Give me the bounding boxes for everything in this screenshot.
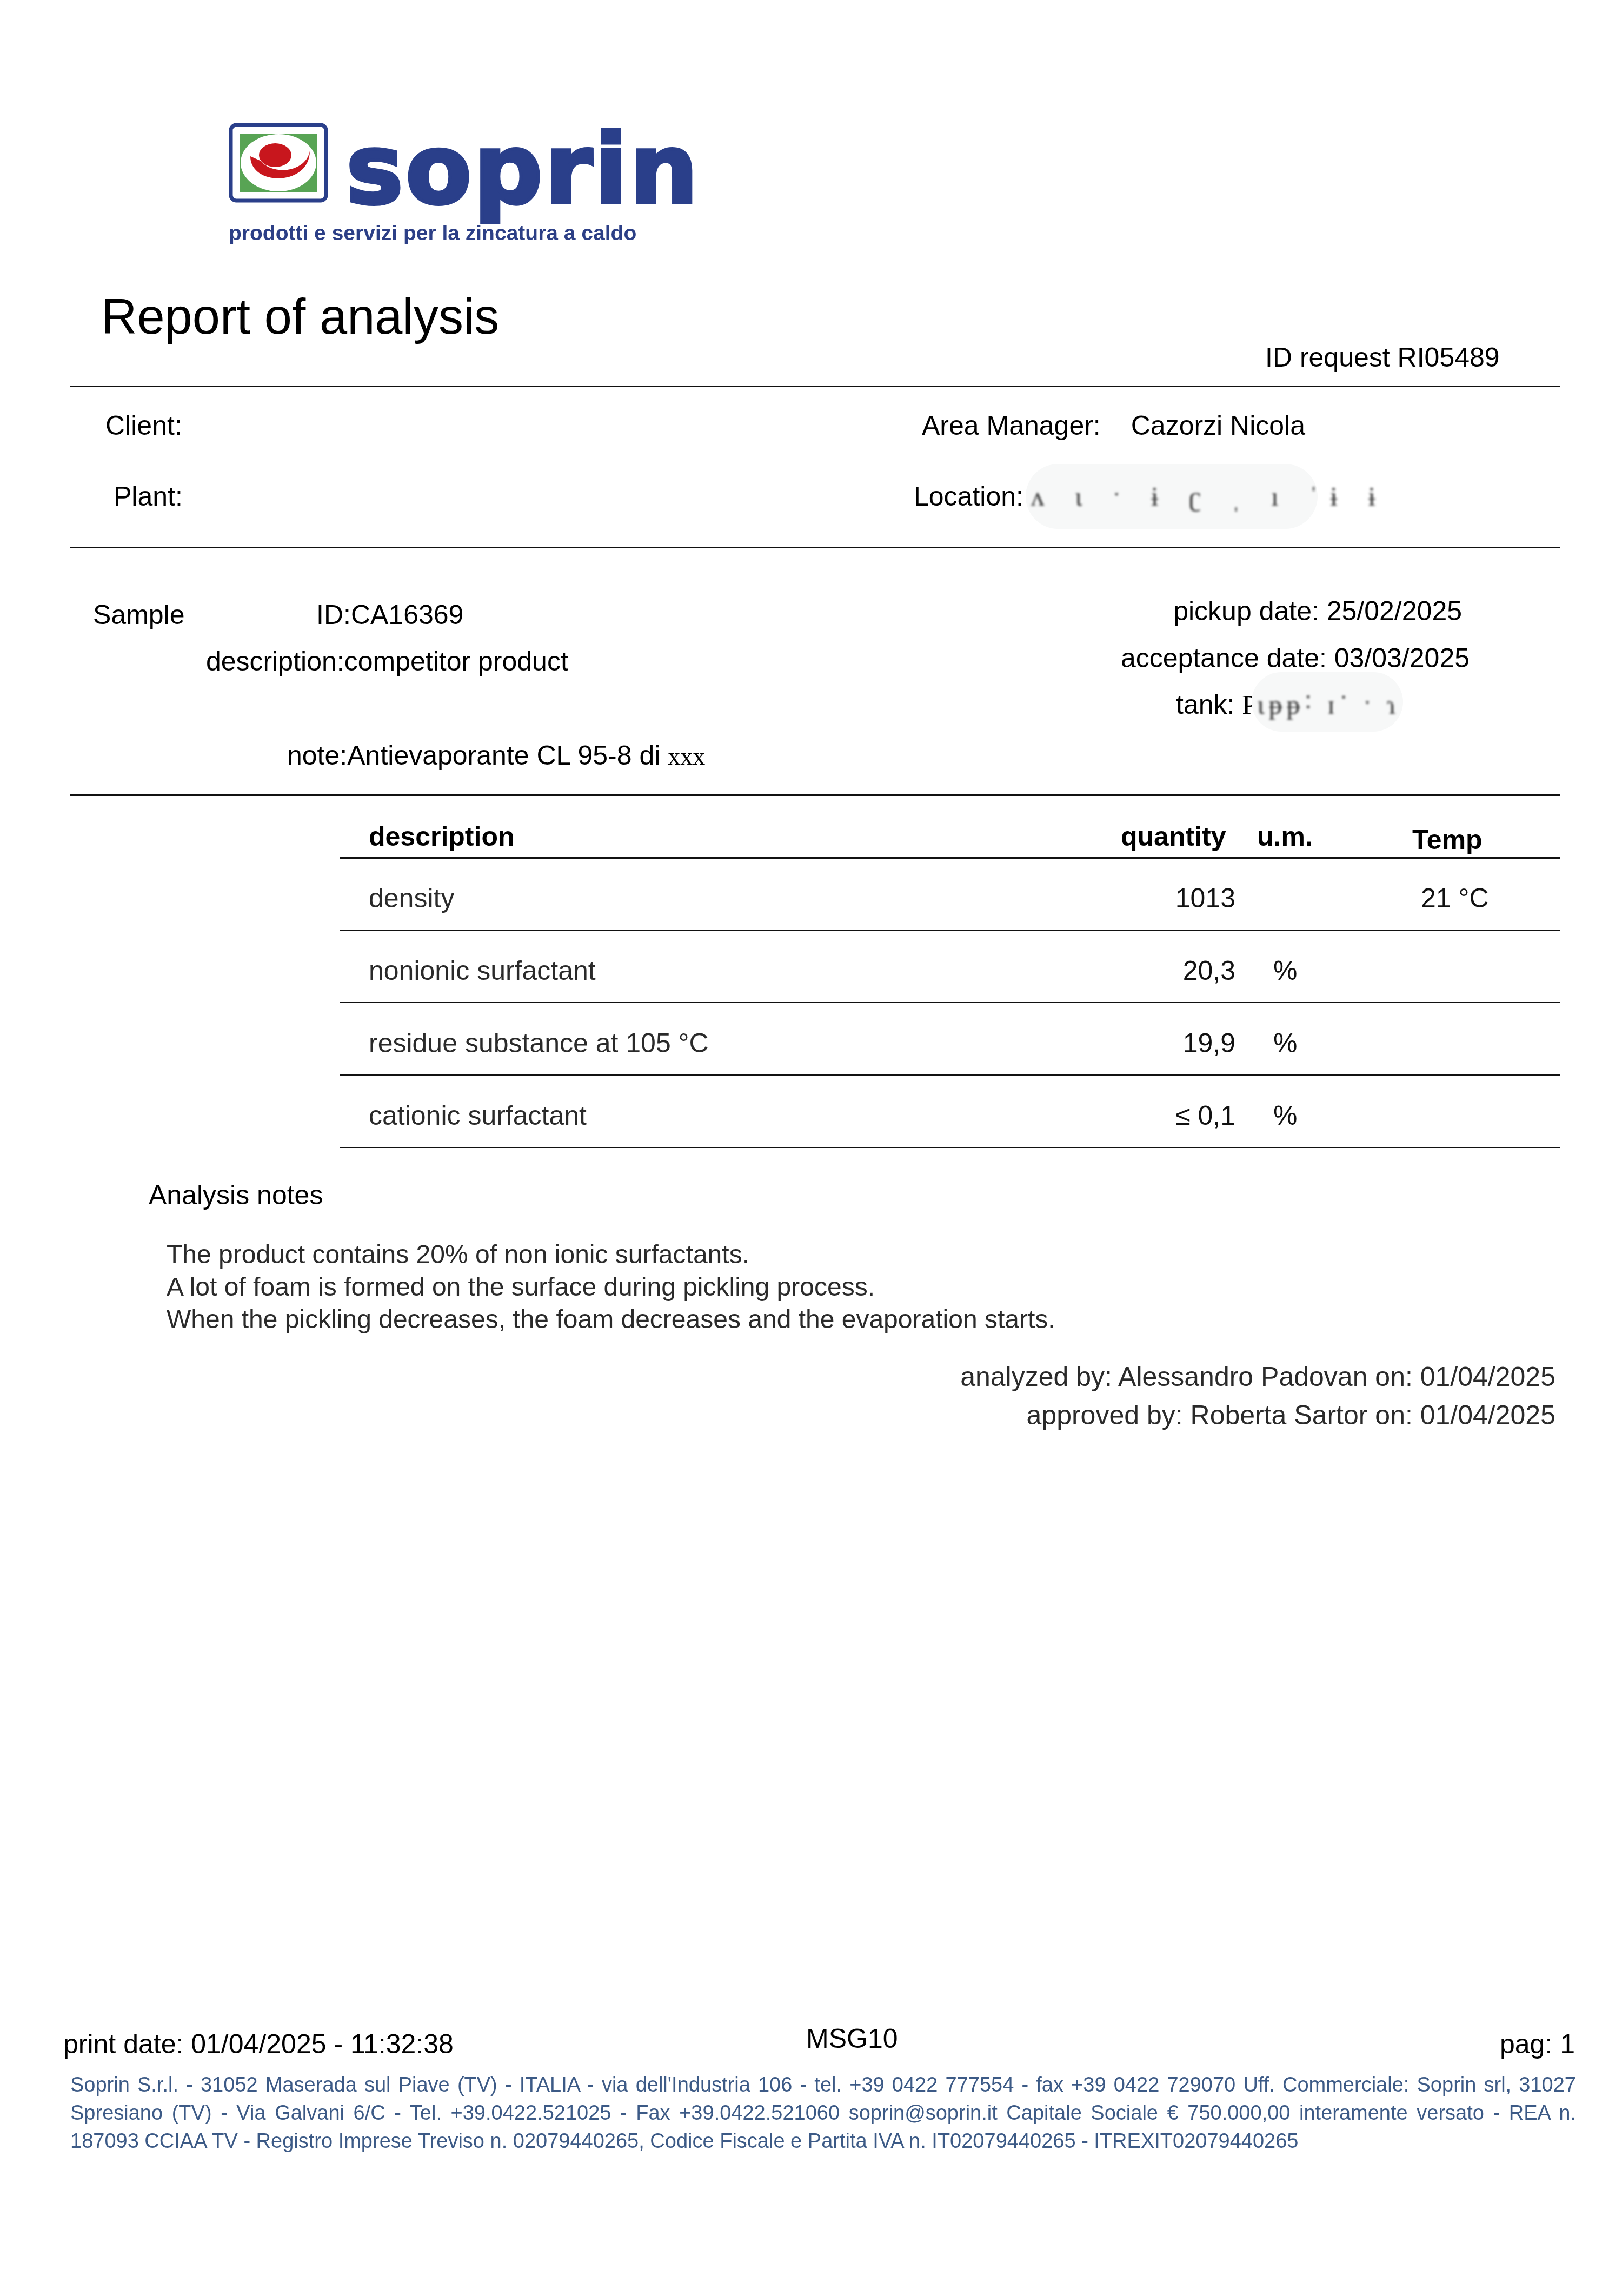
page-title: Report of analysis: [101, 292, 499, 342]
sample-note-suffix: xxx: [668, 742, 705, 770]
sample-description-label: description:: [206, 646, 344, 676]
divider: [70, 386, 1560, 387]
soprin-logo-wordmark: soprin: [346, 122, 700, 218]
area-manager-value: Cazorzi Nicola: [1131, 410, 1305, 441]
column-header-quantity: quantity: [1121, 821, 1226, 852]
sample-description: description:competitor product: [206, 648, 568, 675]
location-label: Location:: [914, 481, 1023, 512]
id-request: ID request RI05489: [1265, 342, 1500, 373]
sample-note: note:Antievaporante CL 95-8 di xxx: [287, 742, 705, 769]
area-manager-label: Area Manager:: [922, 410, 1101, 441]
analysis-note-line: A lot of foam is formed on the surface d…: [167, 1272, 875, 1302]
location: Location: ʌ ɩ ˑ ɨ ʗ ˌ ı ˈɨ ɨ: [914, 483, 1387, 510]
sample-note-label: note:: [287, 740, 347, 771]
cell-description: residue substance at 105 °C: [369, 1027, 709, 1059]
tank: tank: P ɩᵽᵽ˸ ɪ˙ ˑ ɿ: [1176, 691, 1400, 718]
tank-value-redacted: ɩᵽᵽ˸ ɪ˙ ˑ ɿ: [1257, 691, 1400, 718]
logo-emblem-icon: [229, 123, 328, 203]
analysis-note-line: When the pickling decreases, the foam de…: [167, 1305, 1055, 1335]
pickup-date: pickup date: 25/02/2025: [1173, 598, 1462, 625]
logo-tagline: prodotti e servizi per la zincatura a ca…: [229, 222, 636, 245]
cell-description: cationic surfactant: [369, 1100, 587, 1131]
form-code: MSG10: [806, 2025, 898, 2052]
cell-um: %: [1273, 1027, 1297, 1059]
soprin-logo-mark: [229, 123, 328, 203]
column-header-description: description: [369, 821, 514, 852]
divider: [70, 547, 1560, 548]
cell-temp: 21 °C: [1421, 882, 1489, 914]
id-request-label: ID request: [1265, 342, 1390, 373]
cell-quantity: ≤ 0,1: [1175, 1100, 1235, 1131]
sample-note-value: Antievaporante CL 95-8 di: [347, 740, 660, 771]
sample-label: Sample: [93, 601, 185, 628]
cell-um: %: [1273, 955, 1297, 986]
table-header-divider: [340, 857, 1560, 859]
cell-description: density: [369, 882, 454, 914]
cell-quantity: 20,3: [1183, 955, 1235, 986]
pickup-date-label: pickup date:: [1173, 596, 1319, 626]
cell-um: %: [1273, 1100, 1297, 1131]
analysis-note-line: The product contains 20% of non ionic su…: [167, 1240, 749, 1270]
area-manager: Area Manager:Cazorzi Nicola: [922, 412, 1305, 439]
analyzed-by: analyzed by: Alessandro Padovan on: 01/0…: [960, 1361, 1555, 1392]
table-row-divider: [340, 1074, 1560, 1076]
column-header-temp: Temp: [1412, 824, 1483, 855]
acceptance-date-value: 03/03/2025: [1334, 643, 1470, 673]
print-date: print date: 01/04/2025 - 11:32:38: [63, 2030, 454, 2058]
tank-label: tank:: [1176, 689, 1234, 720]
sample-description-value: competitor product: [344, 646, 568, 676]
cell-quantity: 19,9: [1183, 1027, 1235, 1059]
company-legal-info: Soprin S.r.l. - 31052 Maserada sul Piave…: [70, 2071, 1576, 2155]
sample-id-label: ID:: [316, 600, 351, 630]
approved-by: approved by: Roberta Sartor on: 01/04/20…: [1027, 1399, 1555, 1431]
id-request-value: RI05489: [1398, 342, 1500, 373]
analysis-notes-title: Analysis notes: [149, 1182, 323, 1209]
acceptance-date: acceptance date: 03/03/2025: [1121, 645, 1470, 672]
table-row-divider: [340, 930, 1560, 931]
client-label: Client:: [105, 412, 182, 439]
page-number: pag: 1: [1500, 2030, 1575, 2058]
acceptance-date-label: acceptance date:: [1121, 643, 1327, 673]
plant-label: Plant:: [114, 483, 183, 510]
table-row-divider: [340, 1002, 1560, 1003]
location-value-redacted: ʌ ɩ ˑ ɨ ʗ ˌ ı ˈɨ ɨ: [1031, 483, 1387, 510]
pickup-date-value: 25/02/2025: [1327, 596, 1462, 626]
cell-description: nonionic surfactant: [369, 955, 596, 986]
column-header-um: u.m.: [1257, 821, 1313, 852]
sample-id-value: CA16369: [351, 600, 464, 630]
cell-quantity: 1013: [1175, 882, 1235, 914]
divider: [70, 794, 1560, 796]
table-row-divider: [340, 1147, 1560, 1148]
sample-id: ID:CA16369: [316, 601, 463, 628]
